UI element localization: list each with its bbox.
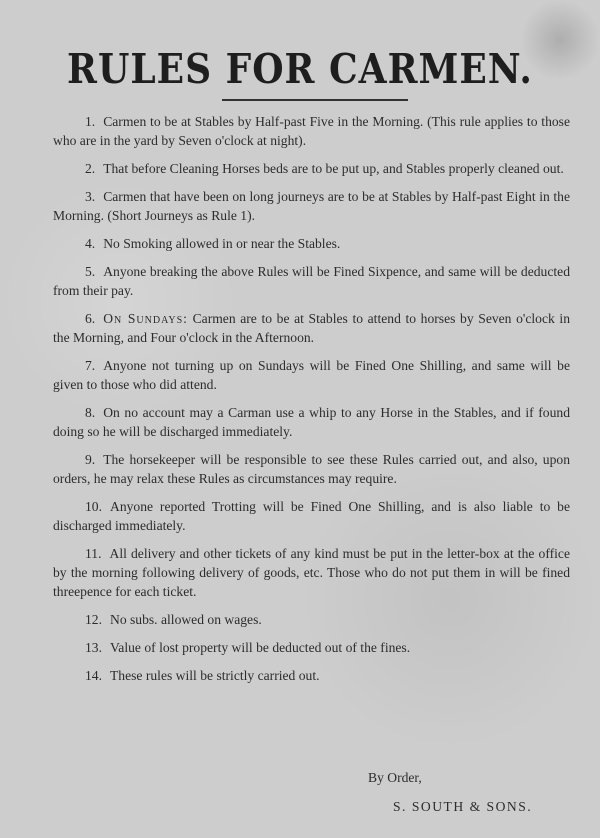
rule-item: 3.Carmen that have been on long journeys… xyxy=(53,187,570,225)
poster-title: RULES FOR CARMEN. xyxy=(0,45,600,93)
rule-item: 14.These rules will be strictly carried … xyxy=(53,666,570,685)
poster: RULES FOR CARMEN. 1.Carmen to be at Stab… xyxy=(0,0,600,838)
rule-item: 6.On Sundays: Carmen are to be at Stable… xyxy=(53,309,570,347)
rule-item: 4.No Smoking allowed in or near the Stab… xyxy=(53,234,570,253)
rule-item: 13.Value of lost property will be deduct… xyxy=(53,638,570,657)
rule-item: 10.Anyone reported Trotting will be Fine… xyxy=(53,497,570,535)
rules-list: 1.Carmen to be at Stables by Half-past F… xyxy=(53,112,570,694)
rule-item: 8.On no account may a Carman use a whip … xyxy=(53,403,570,441)
rule-item: 2.That before Cleaning Horses beds are t… xyxy=(53,159,570,178)
rule-item: 5.Anyone breaking the above Rules will b… xyxy=(53,262,570,300)
title-underline xyxy=(222,99,408,101)
rule-item: 7.Anyone not turning up on Sundays will … xyxy=(53,356,570,394)
rule-item: 11.All delivery and other tickets of any… xyxy=(53,544,570,601)
rule-item: 1.Carmen to be at Stables by Half-past F… xyxy=(53,112,570,150)
signature: S. SOUTH & SONS. xyxy=(393,799,532,815)
closing-by-order: By Order, xyxy=(368,770,422,786)
rule-item: 9.The horsekeeper will be responsible to… xyxy=(53,450,570,488)
rule-item: 12.No subs. allowed on wages. xyxy=(53,610,570,629)
